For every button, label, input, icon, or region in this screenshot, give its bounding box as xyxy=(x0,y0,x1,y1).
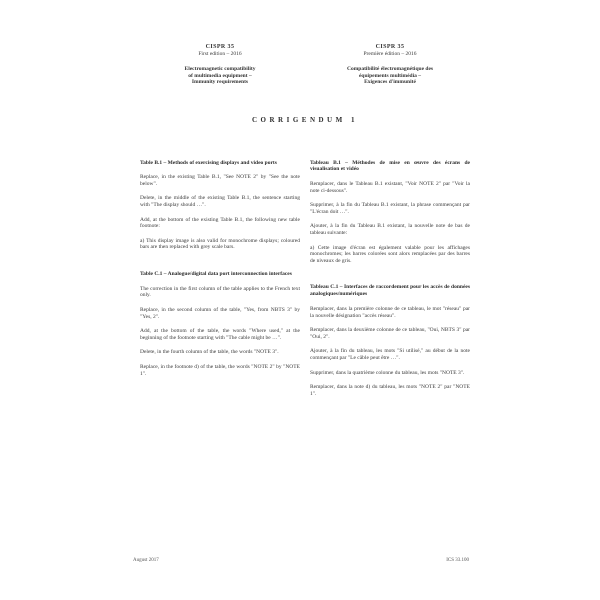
paragraph: a) Cette image d'écran est également val… xyxy=(310,245,470,265)
document-header: CISPR 35 First edition – 2016 Electromag… xyxy=(140,44,470,86)
document-code-fr: CISPR 35 xyxy=(310,44,470,51)
paragraph: Remplacer, dans la deuxième colonne de c… xyxy=(310,327,470,340)
header-english-block: CISPR 35 First edition – 2016 Electromag… xyxy=(140,44,300,86)
section-table-c1-fr: Tableau C.1 – Interfaces de raccordement… xyxy=(310,284,470,397)
paragraph: The correction in the first column of th… xyxy=(140,286,300,299)
document-body: Table B.1 – Methods of exercising displa… xyxy=(140,160,470,398)
column-english: Table B.1 – Methods of exercising displa… xyxy=(140,160,300,378)
document-title-fr-line3: Exigences d'immunité xyxy=(310,79,470,86)
column-french: Tableau B.1 – Méthodes de mise en œuvre … xyxy=(310,160,470,398)
section-heading: Tableau C.1 – Interfaces de raccordement… xyxy=(310,284,470,298)
paragraph: a) This display image is also valid for … xyxy=(140,238,300,251)
document-code-en: CISPR 35 xyxy=(140,44,300,51)
paragraph: Supprimer, dans la quatrième colonne du … xyxy=(310,370,470,377)
section-heading: Table C.1 – Analogue/digital data port i… xyxy=(140,271,300,278)
page-content: CISPR 35 First edition – 2016 Electromag… xyxy=(140,44,470,397)
paragraph: Remplacer, dans la note d) du tableau, l… xyxy=(310,384,470,397)
footer-date: August 2017 xyxy=(133,558,159,563)
section-table-b1-en: Table B.1 – Methods of exercising displa… xyxy=(140,160,300,252)
document-edition-fr: Première édition – 2016 xyxy=(310,51,470,58)
section-table-c1-en: Table C.1 – Analogue/digital data port i… xyxy=(140,271,300,377)
paragraph: Remplacer, dans le Tableau B.1 existant,… xyxy=(310,181,470,194)
paragraph: Remplacer, dans la première colonne de c… xyxy=(310,306,470,319)
header-french-block: CISPR 35 Première édition – 2016 Compati… xyxy=(310,44,470,86)
footer-ics-code: ICS 33.100 xyxy=(446,558,469,563)
paragraph: Add, at the bottom of the existing Table… xyxy=(140,217,300,230)
corrigendum-title: CORRIGENDUM 1 xyxy=(140,116,470,124)
document-edition-en: First edition – 2016 xyxy=(140,51,300,58)
paragraph: Ajouter, à la fin du tableau, les mots "… xyxy=(310,348,470,361)
paragraph: Ajouter, à la fin du Tableau B.1 existan… xyxy=(310,223,470,236)
page-footer: August 2017 ICS 33.100 xyxy=(133,558,469,563)
paragraph: Add, at the bottom of the table, the wor… xyxy=(140,328,300,341)
paragraph: Delete, in the middle of the existing Ta… xyxy=(140,195,300,208)
paragraph: Replace, in the second column of the tab… xyxy=(140,307,300,320)
paragraph: Supprimer, à la fin du Tableau B.1 exist… xyxy=(310,202,470,215)
section-heading: Table B.1 – Methods of exercising displa… xyxy=(140,160,300,167)
paragraph: Delete, in the fourth column of the tabl… xyxy=(140,349,300,356)
paragraph: Replace, in the footnote d) of the table… xyxy=(140,364,300,377)
paragraph: Replace, in the existing Table B.1, "See… xyxy=(140,174,300,187)
section-table-b1-fr: Tableau B.1 – Méthodes de mise en œuvre … xyxy=(310,160,470,265)
section-heading: Tableau B.1 – Méthodes de mise en œuvre … xyxy=(310,160,470,174)
scanned-document-page: CISPR 35 First edition – 2016 Electromag… xyxy=(0,0,600,600)
document-title-en-line3: Immunity requirements xyxy=(140,79,300,86)
